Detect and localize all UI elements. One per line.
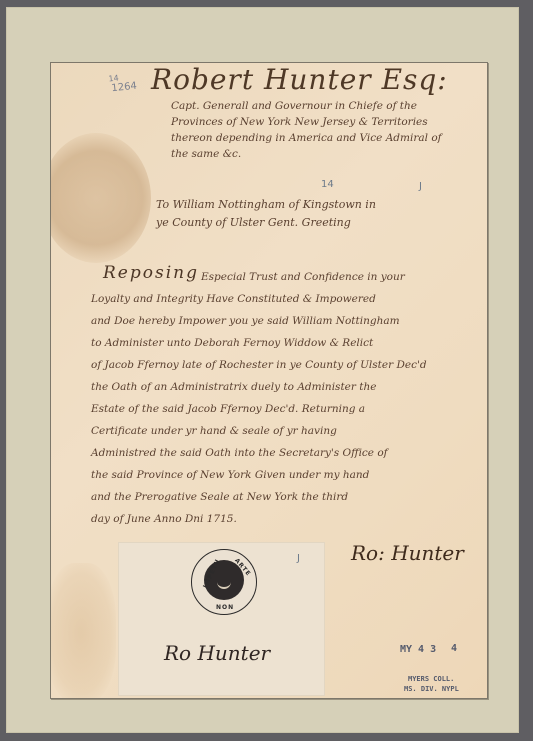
addressee-line: ye County of Ulster Gent. Greeting — [156, 216, 351, 229]
body-line: Certificate under yr hand & seale of yr … — [91, 425, 337, 437]
body-line: the said Province of New York Given unde… — [91, 469, 369, 481]
pencil-page-number: 14 — [321, 179, 334, 190]
collection-stamp-line2: MS. DIV. NYPL — [404, 685, 459, 693]
title-line: thereon depending in America and Vice Ad… — [171, 132, 442, 144]
body-line: day of June Anno Dni 1715. — [91, 513, 237, 525]
water-stain-top — [51, 133, 151, 263]
body-line: Administred the said Oath into the Secre… — [91, 447, 388, 459]
body-line: of Jacob Ffernoy late of Rochester in ye… — [91, 359, 427, 371]
body-line: Loyalty and Integrity Have Constituted &… — [91, 293, 376, 305]
date-stamp-mark: 4 — [451, 643, 457, 654]
governor-signature: Ro: Hunter — [351, 541, 464, 565]
addressee-line: To William Nottingham of Kingstown in — [156, 198, 376, 211]
title-line: Provinces of New York New Jersey & Terri… — [171, 116, 428, 128]
seal-motto-bottom: NON — [216, 604, 234, 611]
body-line: the Oath of an Administratrix duely to A… — [91, 381, 376, 393]
document-heading: Robert Hunter Esq: — [151, 63, 448, 96]
manuscript-page: 14 1264 Robert Hunter Esq: Capt. General… — [51, 63, 487, 698]
card-signature: Ro Hunter — [164, 641, 270, 665]
seal-emblem: IMPETU ARTE NON — [191, 549, 257, 615]
body-line: Especial Trust and Confidence in your — [201, 271, 405, 283]
pencil-initial: J — [419, 181, 422, 192]
collection-stamp-line1: MYERS COLL. — [408, 675, 454, 683]
water-stain-bottom — [51, 563, 116, 698]
catalog-main: 1264 — [111, 82, 137, 95]
card-pencil-initial: J — [297, 553, 300, 564]
title-line: Capt. Generall and Governour in Chiefe o… — [171, 100, 417, 112]
body-line: Estate of the said Jacob Ffernoy Dec'd. … — [91, 403, 365, 415]
body-opening-word: Reposing — [103, 263, 199, 283]
inset-autograph-card: IMPETU ARTE NON J Ro Hunter — [119, 543, 324, 695]
body-line: and the Prerogative Seale at New York th… — [91, 491, 348, 503]
catalog-number: 14 1264 — [110, 72, 137, 95]
body-line: to Administer unto Deborah Fernoy Widdow… — [91, 337, 373, 349]
date-stamp: MY 4 3 — [400, 644, 436, 655]
mat-board: 14 1264 Robert Hunter Esq: Capt. General… — [6, 7, 519, 733]
body-line: and Doe hereby Impower you ye said Willi… — [91, 315, 400, 327]
title-line: the same &c. — [171, 148, 241, 160]
